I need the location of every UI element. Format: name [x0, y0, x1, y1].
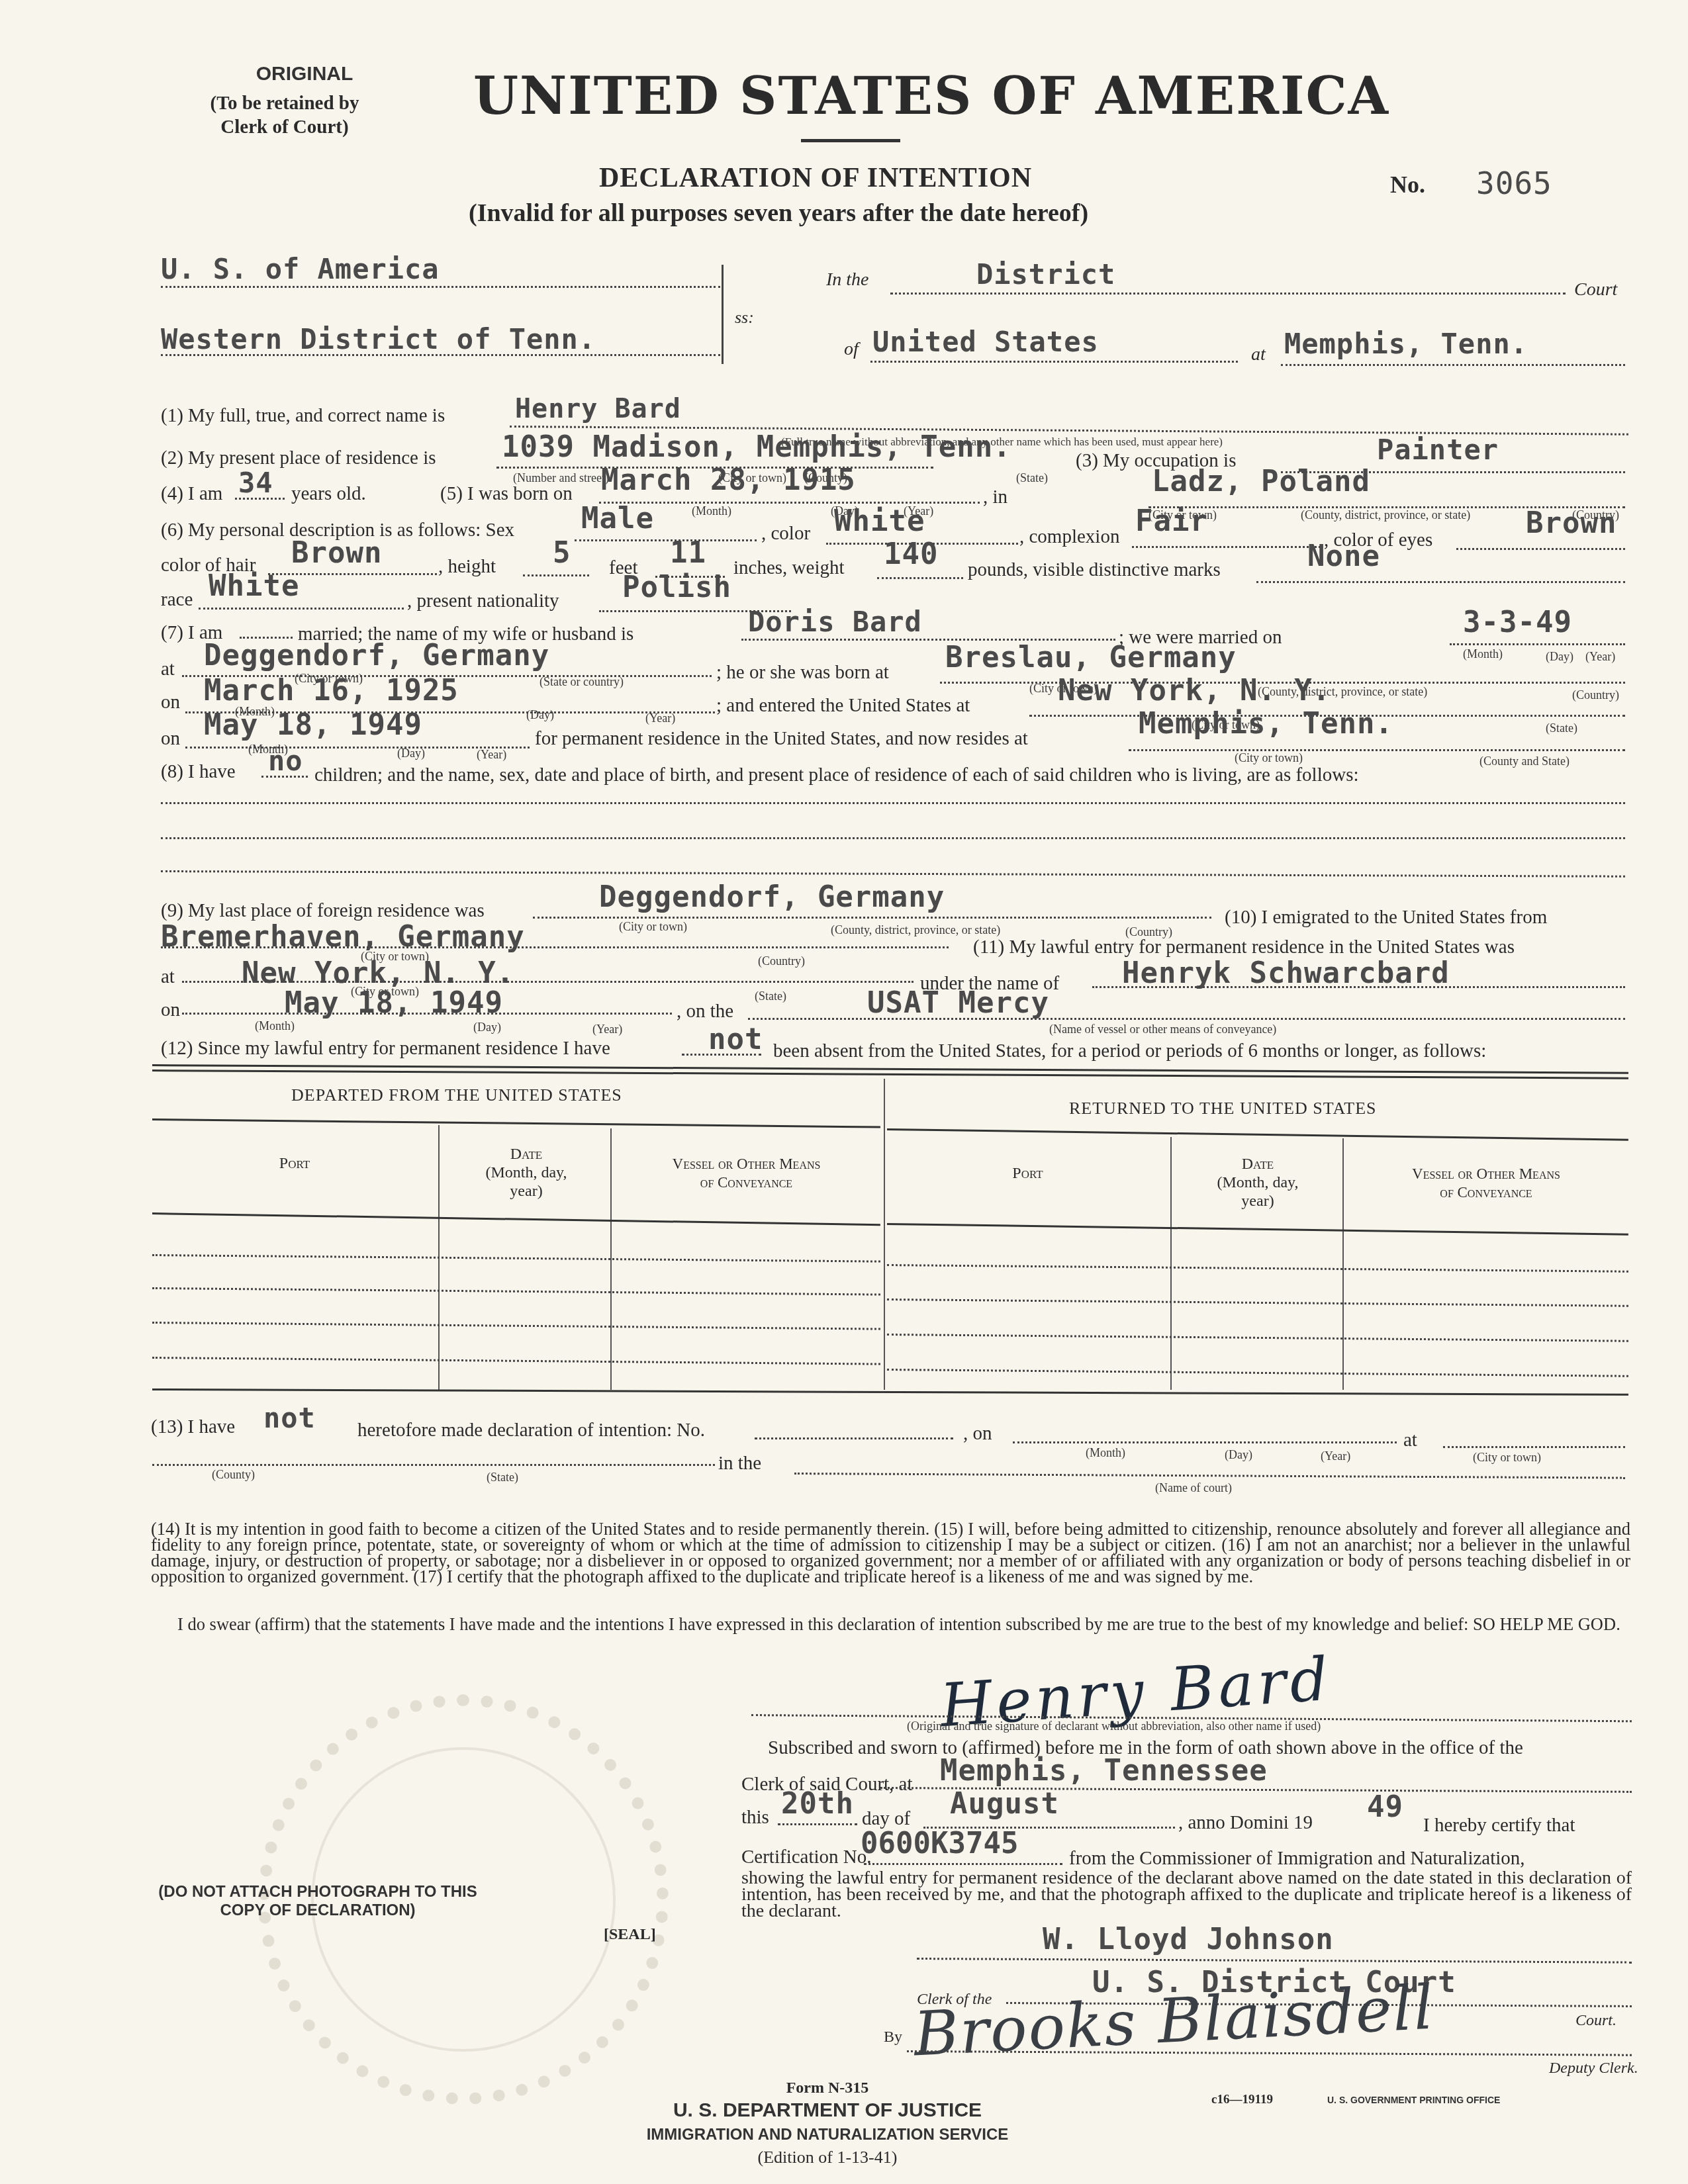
court-type: District	[976, 258, 1115, 291]
sworn-day-line	[778, 1823, 857, 1825]
venue-district: Western District of Tenn.	[161, 323, 596, 355]
declarant-signature-note: (Original and true signature of declaran…	[907, 1719, 1321, 1733]
q9-sub-city: (City or town)	[619, 920, 687, 934]
prior-court-line[interactable]	[794, 1473, 1625, 1479]
spouse-born-on: March 16, 1925	[204, 674, 459, 707]
venue-country: U. S. of America	[161, 253, 440, 285]
court-at: Memphis, Tenn.	[1284, 328, 1528, 360]
weight-line	[877, 577, 963, 579]
nationality: Polish	[622, 570, 731, 604]
invalid-note: (Invalid for all purposes seven years af…	[469, 199, 1088, 228]
married-on: 3-3-49	[1463, 606, 1572, 639]
departed-header-rule	[152, 1118, 880, 1128]
q11-label: (11) My lawful entry for permanent resid…	[973, 936, 1515, 958]
birthplace-sub-county: (County, district, province, or state)	[1301, 508, 1470, 522]
page-title: UNITED STATES OF AMERICA	[473, 66, 1389, 126]
race-label: race	[161, 589, 193, 611]
spouse-entered-on-sub-year: (Year)	[477, 748, 506, 762]
returned-col-vessel-1: Vessel or Other Means	[1344, 1165, 1628, 1183]
distinctive-marks-line	[1256, 581, 1625, 583]
departed-col-vessel-1: Vessel or Other Means	[612, 1155, 880, 1173]
returned-col-date-1: Date	[1172, 1155, 1344, 1173]
complexion-line	[1132, 546, 1321, 548]
certification-label: Certification No.	[741, 1846, 872, 1868]
deputy-label: Deputy Clerk.	[1549, 2060, 1638, 2077]
entry-date-line	[182, 1013, 672, 1015]
q4-label: (4) I am	[161, 483, 222, 505]
title-divider	[801, 139, 900, 142]
prior-declaration-status: not	[263, 1402, 316, 1434]
spouse-entered-on-sub-day: (Day)	[397, 747, 425, 760]
q11-vessel-label: , on the	[677, 1001, 733, 1023]
returned-col-vessel: Vessel or Other Means of Conveyance	[1344, 1165, 1628, 1202]
of-label: of	[844, 339, 859, 360]
eye-color-line	[1456, 548, 1625, 550]
spouse-entered-sub-state: (State)	[1546, 721, 1577, 735]
returned-col-date: Date (Month, day, year)	[1172, 1155, 1344, 1210]
departed-col-date-2: (Month, day,	[440, 1163, 612, 1182]
prior-county-state-line[interactable]	[152, 1464, 715, 1466]
certification-text-1: from the Commissioner of Immigration and…	[1069, 1848, 1525, 1870]
q13-sub-month: (Month)	[1086, 1446, 1125, 1460]
returned-row-3[interactable]	[887, 1334, 1628, 1342]
q13-sub-state: (State)	[487, 1471, 518, 1484]
departed-col-rule	[152, 1212, 880, 1226]
returned-divider-1	[1170, 1137, 1172, 1390]
returned-header-rule	[887, 1128, 1628, 1141]
original-label: ORIGINAL	[192, 63, 417, 85]
height-inches: 11	[670, 536, 706, 570]
last-foreign-residence: Deggendorf, Germany	[599, 880, 945, 914]
age: 34	[238, 467, 273, 499]
returned-row-4[interactable]	[887, 1369, 1628, 1377]
court-of-line	[870, 361, 1238, 363]
prior-city-line[interactable]	[1443, 1446, 1625, 1448]
departed-row-1[interactable]	[152, 1254, 880, 1263]
entry-name-line	[1092, 986, 1625, 988]
q11-at-label: at	[161, 966, 175, 988]
race-line	[199, 608, 404, 610]
retained-note-line1: (To be retained by	[152, 91, 417, 115]
married-sub-year: (Year)	[1585, 650, 1615, 664]
prior-date-line[interactable]	[1013, 1441, 1397, 1443]
children-line-1	[161, 802, 1625, 804]
oath-paragraph: (14) It is my intention in good faith to…	[151, 1521, 1630, 1584]
retained-note-line2: Clerk of Court)	[152, 115, 417, 139]
spouse-resides-line	[1129, 749, 1625, 751]
last-foreign-residence-line	[533, 917, 1211, 919]
children-line-2	[161, 837, 1625, 839]
spouse-name: Doris Bard	[748, 606, 922, 638]
spouse-born-on-label: on	[161, 692, 180, 713]
q2-label: (2) My present place of residence is	[161, 447, 436, 469]
married-at: Deggendorf, Germany	[204, 639, 549, 672]
declaration-number: 3065	[1476, 165, 1552, 201]
certify-label: I hereby certify that	[1423, 1815, 1575, 1837]
departed-col-port: Port	[152, 1155, 437, 1173]
q5-in: , in	[983, 486, 1008, 508]
q13-sub-day: (Day)	[1225, 1448, 1252, 1462]
print-code: c16—19119	[1211, 2093, 1273, 2107]
children-line-3	[161, 870, 1625, 878]
spouse-resides: Memphis, Tenn.	[1139, 707, 1393, 741]
race: White	[209, 569, 299, 603]
height-label: , height	[438, 556, 496, 578]
department: U. S. DEPARTMENT OF JUSTICE	[596, 2099, 1059, 2122]
clerk-name-line	[917, 1958, 1632, 1964]
lawful-entry-port-line	[182, 981, 914, 983]
spouse-born-on-sub-year: (Year)	[645, 711, 675, 725]
entered-label: ; and entered the United States at	[716, 695, 970, 717]
returned-col-date-2: (Month, day,	[1172, 1173, 1344, 1192]
departed-header: DEPARTED FROM THE UNITED STATES	[291, 1085, 622, 1105]
birth-date-line	[599, 502, 980, 504]
table-bottom-rule	[152, 1388, 1628, 1396]
spouse-born-on-sub-day: (Day)	[526, 708, 554, 722]
color: White	[834, 504, 925, 538]
q11-sub-state: (State)	[755, 989, 786, 1003]
married-on-line	[1450, 643, 1625, 645]
court-suffix: Court.	[1575, 2012, 1617, 2030]
this-label: this	[741, 1807, 769, 1829]
court-at-line	[1281, 364, 1625, 366]
age-line	[235, 498, 285, 500]
q13-label: (13) I have	[151, 1416, 235, 1438]
table-center-divider	[884, 1079, 885, 1390]
q10-label: (10) I emigrated to the United States fr…	[1225, 907, 1547, 929]
birth-date: March 28, 1915	[601, 463, 856, 497]
marks-label: pounds, visible distinctive marks	[968, 559, 1221, 581]
q8-text: children; and the name, sex, date and pl…	[314, 764, 1359, 786]
returned-header: RETURNED TO THE UNITED STATES	[1069, 1099, 1377, 1118]
height-feet: 5	[553, 536, 571, 570]
departed-row-3[interactable]	[152, 1322, 880, 1330]
spouse-entered-on-label: on	[161, 728, 180, 750]
q11-vessel-sub: (Name of vessel or other means of convey…	[1049, 1023, 1276, 1036]
spouse-resides-sub-city: (City or town)	[1235, 751, 1303, 765]
spouse-entered-at: New York, N. Y.	[1058, 674, 1331, 707]
children-count-line	[261, 776, 308, 778]
service: IMMIGRATION AND NATURALIZATION SERVICE	[583, 2126, 1072, 2144]
married-at-label: at	[161, 659, 175, 680]
q13-at-label: at	[1403, 1430, 1417, 1451]
at-label: at	[1251, 344, 1266, 365]
absence-status-line	[682, 1054, 761, 1056]
in-the-label: In the	[826, 269, 869, 291]
complexion: Fair	[1135, 504, 1208, 538]
q5-label: (5) I was born on	[440, 483, 573, 505]
residence-sub-state: (State)	[1016, 471, 1048, 485]
hair-color: Brown	[291, 536, 382, 570]
court-of: United States	[872, 326, 1099, 358]
weight: 140	[884, 537, 938, 571]
oath-swear: I do swear (affirm) that the statements …	[151, 1616, 1630, 1632]
returned-divider-2	[1342, 1138, 1344, 1390]
complexion-label: , complexion	[1019, 526, 1119, 548]
birth-sub-month: (Month)	[692, 504, 731, 518]
sex-line	[575, 539, 757, 541]
color-label: , color	[761, 523, 810, 545]
married-at-sub-state: (State or country)	[539, 675, 624, 689]
q4-suffix: years old.	[291, 483, 366, 505]
court-type-line	[890, 293, 1566, 295]
q9-label: (9) My last place of foreign residence w…	[161, 900, 485, 922]
returned-row-2[interactable]	[887, 1298, 1628, 1307]
q13-sub-court: (Name of court)	[1155, 1481, 1232, 1495]
married-sub-day: (Day)	[1546, 650, 1573, 664]
sex: Male	[581, 502, 654, 535]
q11-sub-day: (Day)	[473, 1021, 501, 1034]
departed-col-date-1: Date	[440, 1145, 612, 1163]
departed-row-2[interactable]	[152, 1287, 880, 1296]
declaration-number-label: No.	[1390, 171, 1425, 199]
eye-color: Brown	[1526, 506, 1617, 540]
q13-on-label: , on	[963, 1423, 992, 1445]
returned-col-rule	[887, 1223, 1628, 1236]
photo-note-line1: (DO NOT ATTACH PHOTOGRAPH TO THIS	[152, 1883, 483, 1901]
returned-col-vessel-2: of Conveyance	[1344, 1183, 1628, 1202]
photo-note: (DO NOT ATTACH PHOTOGRAPH TO THIS COPY O…	[152, 1883, 483, 1920]
clerk-at: Memphis, Tennessee	[940, 1754, 1268, 1788]
spouse-born-label: ; he or she was born at	[716, 662, 889, 684]
residence: 1039 Madison, Memphis, Tenn.	[502, 430, 1011, 464]
departed-row-4[interactable]	[152, 1357, 880, 1365]
sworn-month: August	[950, 1787, 1059, 1821]
spouse-born-at: Breslau, Germany	[945, 641, 1237, 674]
form-number: Form N-315	[695, 2079, 960, 2097]
returned-row-1[interactable]	[887, 1264, 1628, 1273]
spouse-born-sub-country: (Country)	[1572, 688, 1619, 702]
q9-sub-county: (County, district, province, or state)	[831, 923, 1000, 937]
sworn-year: 49	[1367, 1790, 1403, 1824]
sworn-day: 20th	[781, 1787, 854, 1821]
entry-vessel-line	[748, 1018, 1625, 1020]
nationality-label: , present nationality	[407, 590, 559, 612]
q13-sub-city: (City or town)	[1473, 1451, 1541, 1465]
q13-sub-county: (County)	[212, 1468, 255, 1482]
absence-status: not	[708, 1023, 763, 1056]
spouse-entered-on: May 18, 1949	[204, 708, 422, 742]
document-subtitle: DECLARATION OF INTENTION	[599, 162, 1032, 194]
q13-text: heretofore made declaration of intention…	[357, 1420, 705, 1441]
certification-number-line	[864, 1863, 1062, 1865]
venue-district-line	[161, 354, 720, 356]
departed-col-vessel: Vessel or Other Means of Conveyance	[612, 1155, 880, 1192]
prior-number-line[interactable]	[755, 1437, 953, 1439]
certification-number: 0600K3745	[861, 1827, 1018, 1860]
q8-label: (8) I have	[161, 761, 236, 783]
retained-note: (To be retained by Clerk of Court)	[152, 91, 417, 139]
venue-bracket	[722, 265, 724, 364]
seal-label: [SEAL]	[604, 1926, 656, 1944]
deputy-signature: Brooks Blaisdell	[912, 1972, 1436, 2070]
departed-col-vessel-2: of Conveyance	[612, 1173, 880, 1192]
married-sub-month: (Month)	[1463, 647, 1503, 661]
emigrated-from: Bremerhaven, Germany	[161, 920, 525, 954]
anno-domini-label: , anno Domini 19	[1178, 1812, 1313, 1834]
photo-note-line2: COPY OF DECLARATION)	[152, 1901, 483, 1920]
ss-label: ss:	[735, 308, 754, 328]
departed-col-date: Date (Month, day, year)	[440, 1145, 612, 1201]
q11-sub-month: (Month)	[255, 1019, 295, 1033]
occupation: Painter	[1377, 433, 1499, 466]
by-label: By	[884, 2028, 902, 2046]
certification-text-2: showing the lawful entry for permanent r…	[741, 1870, 1632, 1919]
birth-place: Ladz, Poland	[1152, 465, 1370, 498]
resides-label: for permanent residence in the United St…	[535, 728, 1028, 750]
q12-label: (12) Since my lawful entry for permanent…	[161, 1038, 610, 1060]
entry-vessel: USAT Mercy	[867, 986, 1049, 1020]
q10-sub-country: (Country)	[758, 954, 805, 968]
q13-sub-year: (Year)	[1321, 1449, 1350, 1463]
entry-date: May 18, 1949	[285, 986, 503, 1020]
q12-text: been absent from the United States, for …	[773, 1040, 1486, 1062]
full-name: Henry Bard	[515, 394, 681, 424]
departed-col-date-3: year)	[440, 1182, 612, 1201]
q11-on-label: on	[161, 999, 180, 1021]
q1-label: (1) My full, true, and correct name is	[161, 405, 445, 427]
returned-col-port: Port	[887, 1165, 1168, 1183]
inches-weight-label: inches, weight	[733, 557, 845, 579]
spouse-resides-sub-state: (County and State)	[1479, 754, 1570, 768]
q13-in-the-label: in the	[718, 1453, 761, 1475]
emigrated-from-line	[161, 946, 949, 948]
height-feet-line	[523, 574, 589, 576]
distinctive-marks: None	[1307, 539, 1380, 573]
court-label: Court	[1574, 279, 1617, 300]
returned-col-date-3: year)	[1172, 1192, 1344, 1210]
venue-country-line	[161, 286, 720, 288]
entry-name: Henryk Schwarcbard	[1122, 956, 1450, 990]
edition: (Edition of 1-13-41)	[695, 2148, 960, 2167]
q11-sub-year: (Year)	[592, 1023, 622, 1036]
children-count: no	[268, 745, 303, 777]
clerk-name: W. Lloyd Johnson	[1043, 1923, 1334, 1956]
printer: U. S. GOVERNMENT PRINTING OFFICE	[1327, 2095, 1500, 2105]
